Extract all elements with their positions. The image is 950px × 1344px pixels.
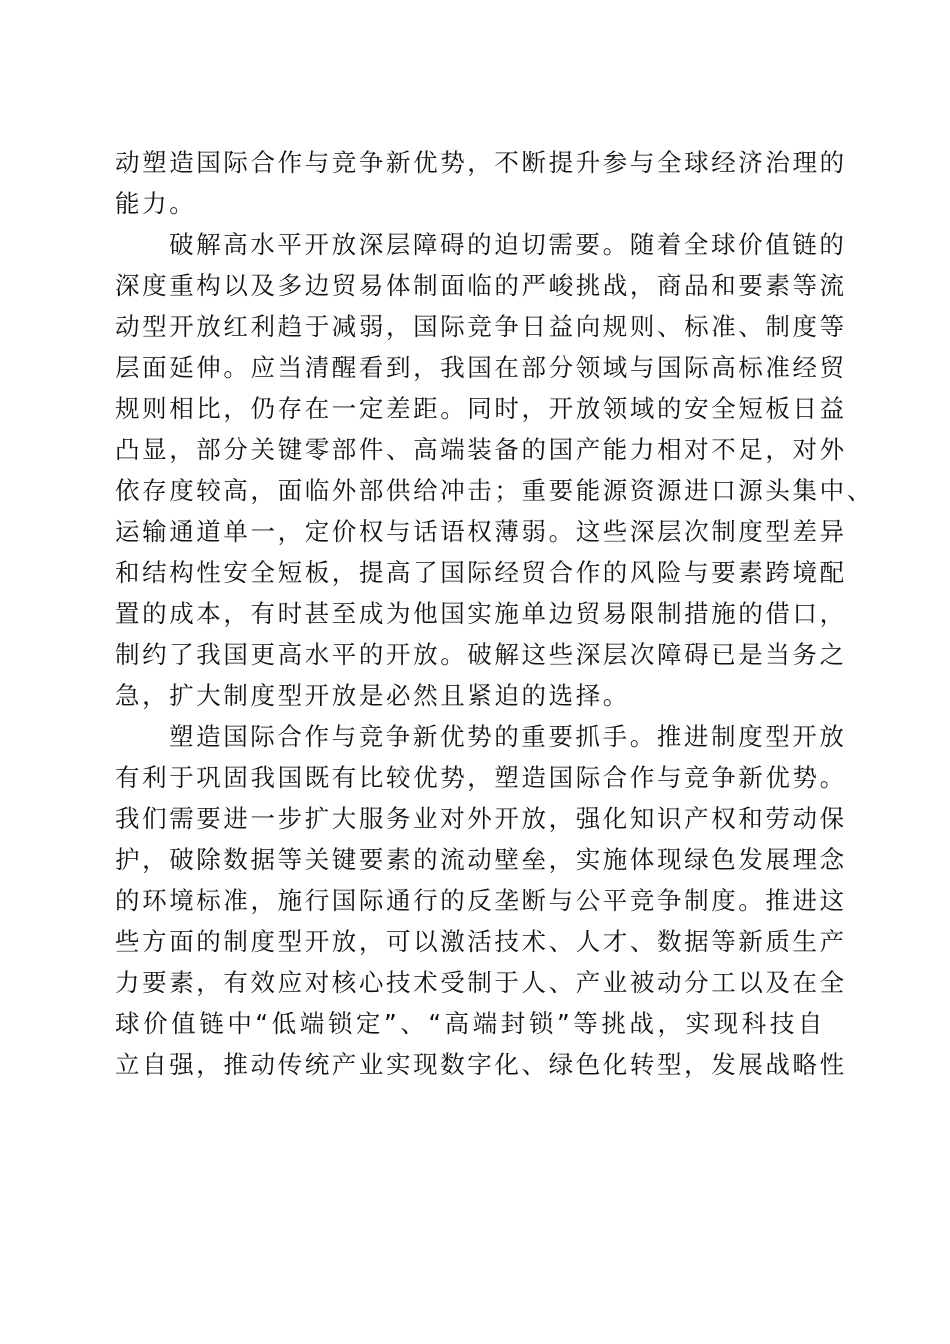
text-line: 能力。 xyxy=(115,183,825,224)
text-line: 护，破除数据等关键要素的流动壁垒，实施体现绿色发展理念 xyxy=(115,839,825,880)
text-line: 制约了我国更高水平的开放。破解这些深层次障碍已是当务之 xyxy=(115,634,825,675)
paragraph-new-advantages: 塑造国际合作与竞争新优势的重要抓手。推进制度型开放 有利于巩固我国既有比较优势，… xyxy=(115,716,825,1085)
document-page: 动塑造国际合作与竞争新优势，不断提升参与全球经济治理的 能力。 破解高水平开放深… xyxy=(115,142,825,1085)
text-line: 深度重构以及多边贸易体制面临的严峻挑战，商品和要素等流 xyxy=(115,265,825,306)
text-line: 依存度较高，面临外部供给冲击；重要能源资源进口源头集中、 xyxy=(115,470,825,511)
text-line: 立自强，推动传统产业实现数字化、绿色化转型，发展战略性 xyxy=(115,1044,825,1085)
paragraph-deep-barriers: 破解高水平开放深层障碍的迫切需要。随着全球价值链的 深度重构以及多边贸易体制面临… xyxy=(115,224,825,716)
text-line: 力要素，有效应对核心技术受制于人、产业被动分工以及在全 xyxy=(115,962,825,1003)
text-line: 我们需要进一步扩大服务业对外开放，强化知识产权和劳动保 xyxy=(115,798,825,839)
text-line: 置的成本，有时甚至成为他国实施单边贸易限制措施的借口， xyxy=(115,593,825,634)
text-line: 破解高水平开放深层障碍的迫切需要。随着全球价值链的 xyxy=(115,224,825,265)
text-line: 凸显，部分关键零部件、高端装备的国产能力相对不足，对外 xyxy=(115,429,825,470)
text-line: 些方面的制度型开放，可以激活技术、人才、数据等新质生产 xyxy=(115,921,825,962)
text-line: 和结构性安全短板，提高了国际经贸合作的风险与要素跨境配 xyxy=(115,552,825,593)
text-line: 层面延伸。应当清醒看到，我国在部分领域与国际高标准经贸 xyxy=(115,347,825,388)
text-line: 动型开放红利趋于减弱，国际竞争日益向规则、标准、制度等 xyxy=(115,306,825,347)
text-line: 运输通道单一，定价权与话语权薄弱。这些深层次制度型差异 xyxy=(115,511,825,552)
text-line: 急，扩大制度型开放是必然且紧迫的选择。 xyxy=(115,675,825,716)
text-line: 动塑造国际合作与竞争新优势，不断提升参与全球经济治理的 xyxy=(115,142,825,183)
text-line: 有利于巩固我国既有比较优势，塑造国际合作与竞争新优势。 xyxy=(115,757,825,798)
text-line: 规则相比，仍存在一定差距。同时，开放领域的安全短板日益 xyxy=(115,388,825,429)
text-line: 的环境标准，施行国际通行的反垄断与公平竞争制度。推进这 xyxy=(115,880,825,921)
text-line: 塑造国际合作与竞争新优势的重要抓手。推进制度型开放 xyxy=(115,716,825,757)
text-line: 球价值链中“低端锁定”、“高端封锁”等挑战，实现科技自 xyxy=(115,1003,825,1044)
paragraph-continuation: 动塑造国际合作与竞争新优势，不断提升参与全球经济治理的 能力。 xyxy=(115,142,825,224)
